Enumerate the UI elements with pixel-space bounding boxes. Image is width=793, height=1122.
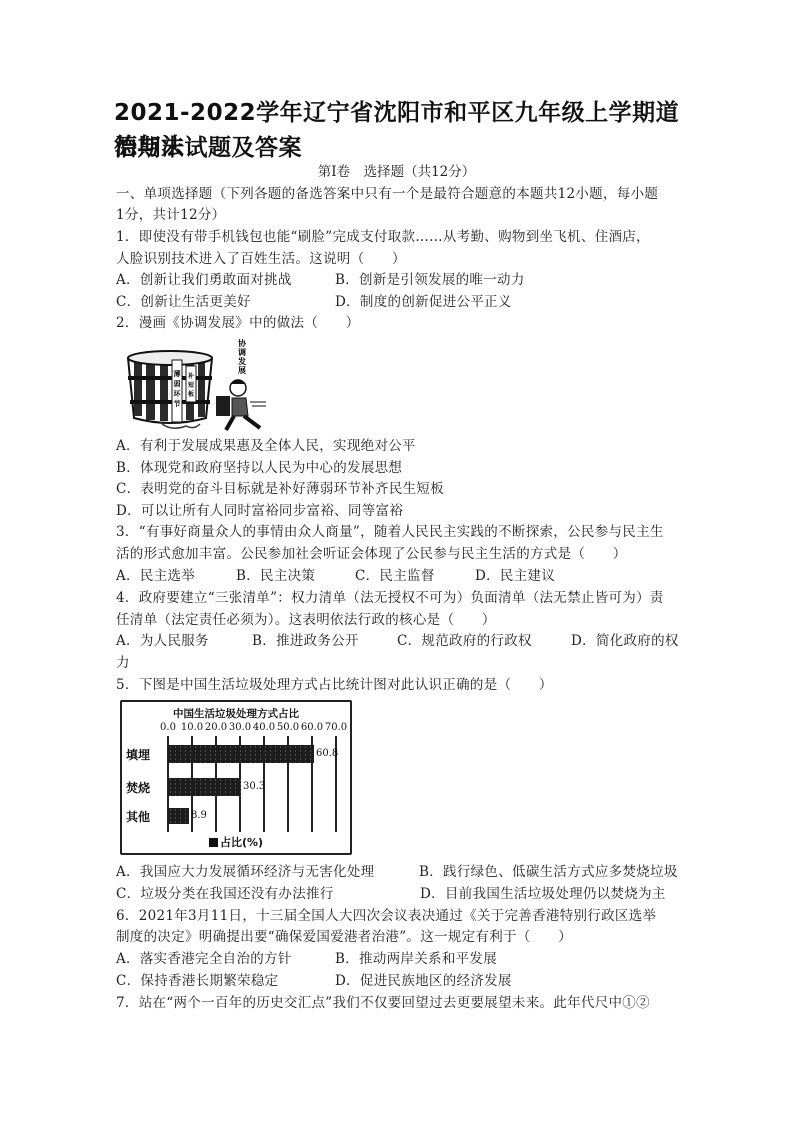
x-tick-40: 40.0 — [253, 722, 275, 733]
question-5-stem: 5．下图是中国生活垃圾处理方式占比统计图对此认识正确的是（ ） — [116, 675, 553, 695]
svg-text:发: 发 — [237, 356, 246, 366]
question-6-stem-line-1: 6．2021年3月11日，十三届全国人大四次会议表决通过《关于完善香港特别行政区… — [116, 906, 656, 926]
value-landfill: 60.8 — [316, 748, 338, 759]
x-tick-60: 60.0 — [301, 722, 323, 733]
category-incineration: 焚烧 — [126, 779, 150, 796]
question-6-option-a: A．落实香港完全自治的方针 — [116, 949, 292, 969]
svg-text:短: 短 — [188, 381, 194, 389]
x-tick-70: 70.0 — [325, 722, 347, 733]
cartoon-caption: 协 — [238, 338, 247, 348]
question-1-stem-line-2: 人脸识别技术进入了百姓生活。这说明（ ） — [116, 249, 406, 269]
question-4-option-d-wrap: 力 — [116, 653, 130, 673]
x-tick-20: 20.0 — [205, 722, 227, 733]
chart-legend: 占比(%) — [122, 834, 350, 850]
svg-text:环: 环 — [174, 389, 182, 398]
question-1-option-c: C．创新让生活更美好 — [116, 292, 251, 312]
question-3-stem-line-1: 3．“有事好商量众人的事情由众人商量”，随着人民民主实践的不断探索，公民参与民主… — [116, 522, 664, 542]
category-other: 其他 — [126, 808, 150, 825]
svg-text:调: 调 — [237, 347, 246, 357]
question-2-option-a: A．有利于发展成果惠及全体人民，实现绝对公平 — [116, 436, 416, 456]
question-3-option-a: A．民主选举 — [116, 566, 195, 586]
question-4-stem-line-2: 任清单（法定责任必须为）。这表明依法行政的核心是（ ） — [116, 610, 496, 630]
question-5-option-c: C．垃圾分类在我国还没有办法推行 — [116, 884, 334, 904]
question-4-option-c: C．规范政府的行政权 — [397, 631, 532, 651]
question-7-stem: 7．站在“两个一百年的历史交汇点”我们不仅要回望过去更要展望未来。此年代尺中①② — [116, 993, 650, 1013]
legend-label: 占比(%) — [220, 836, 263, 849]
question-4-option-d: D．简化政府的权 — [571, 631, 679, 651]
bar-incineration — [168, 778, 241, 796]
garbage-disposal-bar-chart: 中国生活垃圾处理方式占比 0.0 10.0 20.0 30.0 40.0 50.… — [120, 700, 352, 855]
x-tick-0: 0.0 — [160, 722, 176, 733]
value-other: 8.9 — [191, 810, 207, 821]
svg-text:弱: 弱 — [174, 379, 181, 388]
section-heading: 第Ⅰ卷 选择题（共12分） — [0, 162, 793, 182]
bar-landfill — [168, 745, 314, 763]
question-1-option-b: B．创新是引领发展的唯一动力 — [335, 270, 525, 290]
question-6-option-c: C．保持香港长期繁荣稳定 — [116, 971, 278, 991]
question-2-option-c: C．表明党的奋斗目标就是补好薄弱环节补齐民生短板 — [116, 479, 444, 499]
legend-swatch — [209, 838, 218, 847]
document-title-line-2: 治期末试题及答案 — [114, 131, 684, 165]
question-2-stem: 2．漫画《协调发展》中的做法（ ） — [116, 313, 360, 333]
question-3-option-d: D．民主建议 — [475, 566, 555, 586]
question-6-option-d: D．促进民族地区的经济发展 — [335, 971, 512, 991]
question-4-stem-line-1: 4．政府要建立“三张清单”：权力清单（法无授权不可为）负面清单（法无禁止皆可为）… — [116, 588, 664, 608]
svg-text:板: 板 — [188, 390, 194, 398]
question-3-option-c: C．民主监督 — [355, 566, 435, 586]
question-2-option-d: D．可以让所有人同时富裕同步富裕、同等富裕 — [116, 501, 403, 521]
svg-text:节: 节 — [174, 399, 181, 408]
question-1-option-a: A．创新让我们勇敢面对挑战 — [116, 270, 292, 290]
question-4-option-b: B．推进政务公开 — [252, 631, 359, 651]
x-tick-50: 50.0 — [277, 722, 299, 733]
chart-title: 中国生活垃圾处理方式占比 — [122, 706, 350, 721]
x-tick-10: 10.0 — [181, 722, 203, 733]
cartoon-coordinated-development: 薄 弱 环 节 补 短 板 协 调 发 展 — [120, 336, 270, 434]
svg-text:补: 补 — [187, 372, 194, 380]
question-2-option-b: B．体现党和政府坚持以人民为中心的发展思想 — [116, 458, 402, 478]
value-incineration: 30.3 — [243, 781, 265, 792]
question-3-stem-line-2: 活的形式愈加丰富。公民参加社会听证会体现了公民参与民主生活的方式是（ ） — [116, 544, 627, 564]
question-5-option-d: D．目前我国生活垃圾处理仍以焚烧为主 — [420, 884, 666, 904]
question-6-option-b: B．推动两岸关系和平发展 — [335, 949, 497, 969]
question-3-option-b: B．民主决策 — [236, 566, 315, 586]
question-4-option-a: A．为人民服务 — [116, 631, 209, 651]
label-weak-link: 薄 — [174, 369, 181, 378]
question-5-option-b: B．践行绿色、低碳生活方式应多焚烧垃圾 — [419, 862, 678, 882]
question-1-stem-line-1: 1．即使没有带手机钱包也能“刷脸”完成支付取款……从考勤、购物到坐飞机、住酒店， — [116, 227, 650, 247]
part-intro-line-1: 一、单项选择题（下列各题的备选答案中只有一个是最符合题意的本题共12小题，每小题 — [116, 184, 658, 204]
question-1-option-d: D．制度的创新促进公平正义 — [335, 292, 512, 312]
bar-other — [168, 808, 189, 824]
exam-page: 2021-2022学年辽宁省沈阳市和平区九年级上学期道德与法 治期末试题及答案 … — [0, 0, 793, 1122]
svg-text:展: 展 — [238, 365, 246, 375]
x-tick-30: 30.0 — [229, 722, 251, 733]
question-6-stem-line-2: 制度的决定》明确提出要“确保爱国爱港者治港”。这一规定有利于（ ） — [116, 927, 572, 947]
part-intro-line-2: 1分，共计12分） — [116, 205, 225, 225]
question-5-option-a: A．我国应大力发展循环经济与无害化处理 — [116, 862, 374, 882]
category-landfill: 填埋 — [126, 746, 150, 763]
